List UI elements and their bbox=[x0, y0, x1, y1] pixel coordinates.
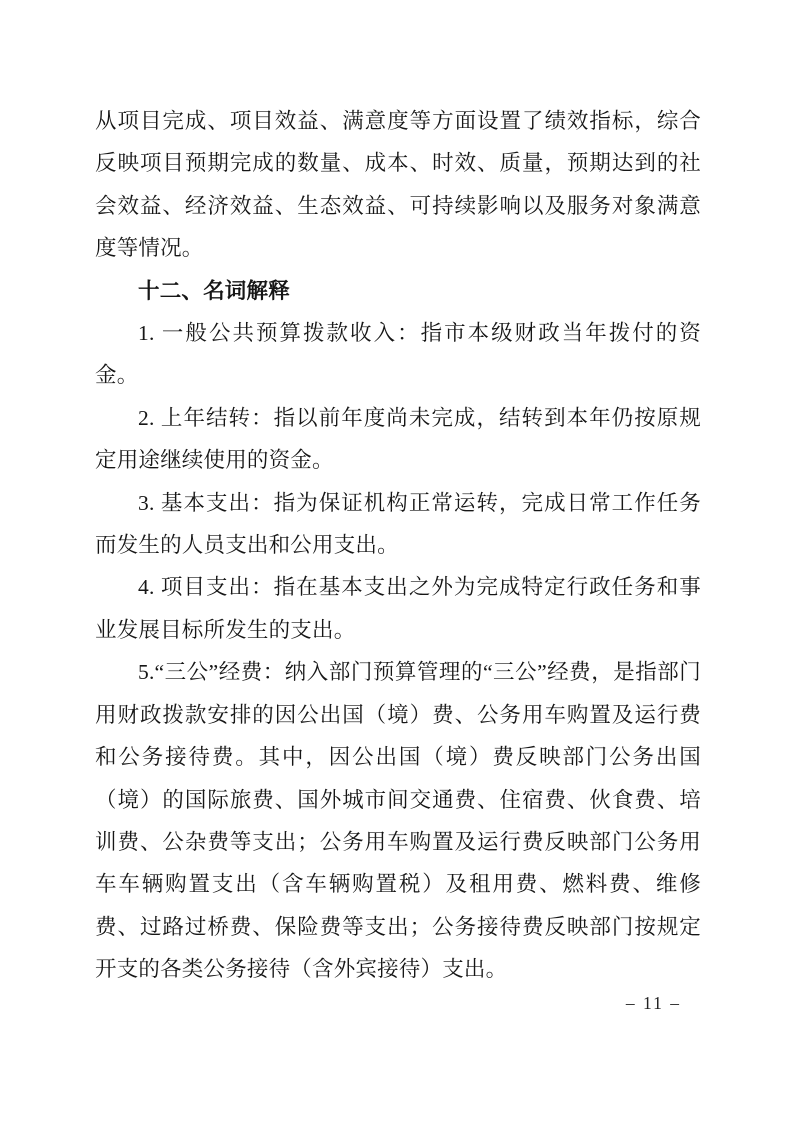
page-footer: – 11 – bbox=[0, 993, 681, 1014]
section-heading: 十二、名词解释 bbox=[95, 270, 701, 312]
page-number: – 11 – bbox=[626, 993, 681, 1013]
document-content: 从项目完成、项目效益、满意度等方面设置了绩效指标，综合反映项目预期完成的数量、成… bbox=[95, 100, 701, 991]
term-paragraph-3: 3. 基本支出：指为保证机构正常运转，完成日常工作任务而发生的人员支出和公用支出… bbox=[95, 482, 701, 567]
intro-paragraph: 从项目完成、项目效益、满意度等方面设置了绩效指标，综合反映项目预期完成的数量、成… bbox=[95, 100, 701, 270]
term-paragraph-2: 2. 上年结转：指以前年度尚未完成，结转到本年仍按原规定用途继续使用的资金。 bbox=[95, 397, 701, 482]
term-paragraph-4: 4. 项目支出：指在基本支出之外为完成特定行政任务和事业发展目标所发生的支出。 bbox=[95, 566, 701, 651]
term-paragraph-5: 5.“三公”经费：纳入部门预算管理的“三公”经费，是指部门用财政拨款安排的因公出… bbox=[95, 651, 701, 990]
document-page: 从项目完成、项目效益、满意度等方面设置了绩效指标，综合反映项目预期完成的数量、成… bbox=[0, 0, 793, 1122]
term-paragraph-1: 1. 一般公共预算拨款收入：指市本级财政当年拨付的资金。 bbox=[95, 312, 701, 397]
